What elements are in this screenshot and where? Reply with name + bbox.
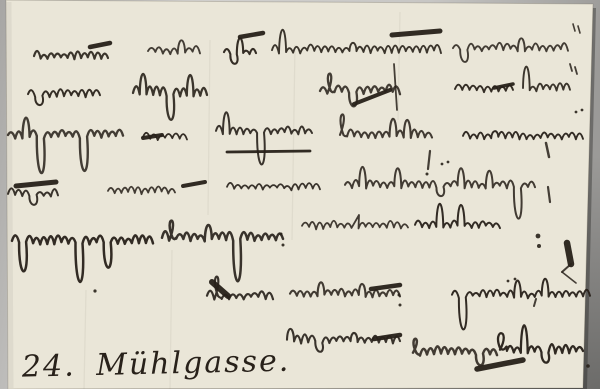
ink-dot [507, 280, 510, 283]
ink-dot [581, 109, 584, 112]
ink-dot [280, 233, 283, 236]
ink-dot [426, 173, 429, 176]
ink-dot [399, 304, 402, 307]
address-line: 24. Mühlgasse. [21, 344, 291, 385]
ink-dot [536, 234, 541, 239]
ink-dot [441, 163, 444, 166]
ink-dot [93, 289, 96, 292]
ink-dash [227, 151, 310, 152]
ink-dot [398, 294, 401, 297]
ink-dot [575, 111, 578, 114]
letter-photograph: 24. Mühlgasse. [0, 0, 600, 389]
paper-left-edge-shade [9, 2, 11, 388]
ink-dot [537, 244, 541, 248]
photo-scene: 24. Mühlgasse. [0, 0, 600, 389]
ink-dot [586, 364, 590, 368]
ink-dash [567, 243, 571, 264]
ink-dot [514, 278, 517, 281]
ink-dot [447, 161, 450, 164]
ink-dot [282, 244, 285, 247]
